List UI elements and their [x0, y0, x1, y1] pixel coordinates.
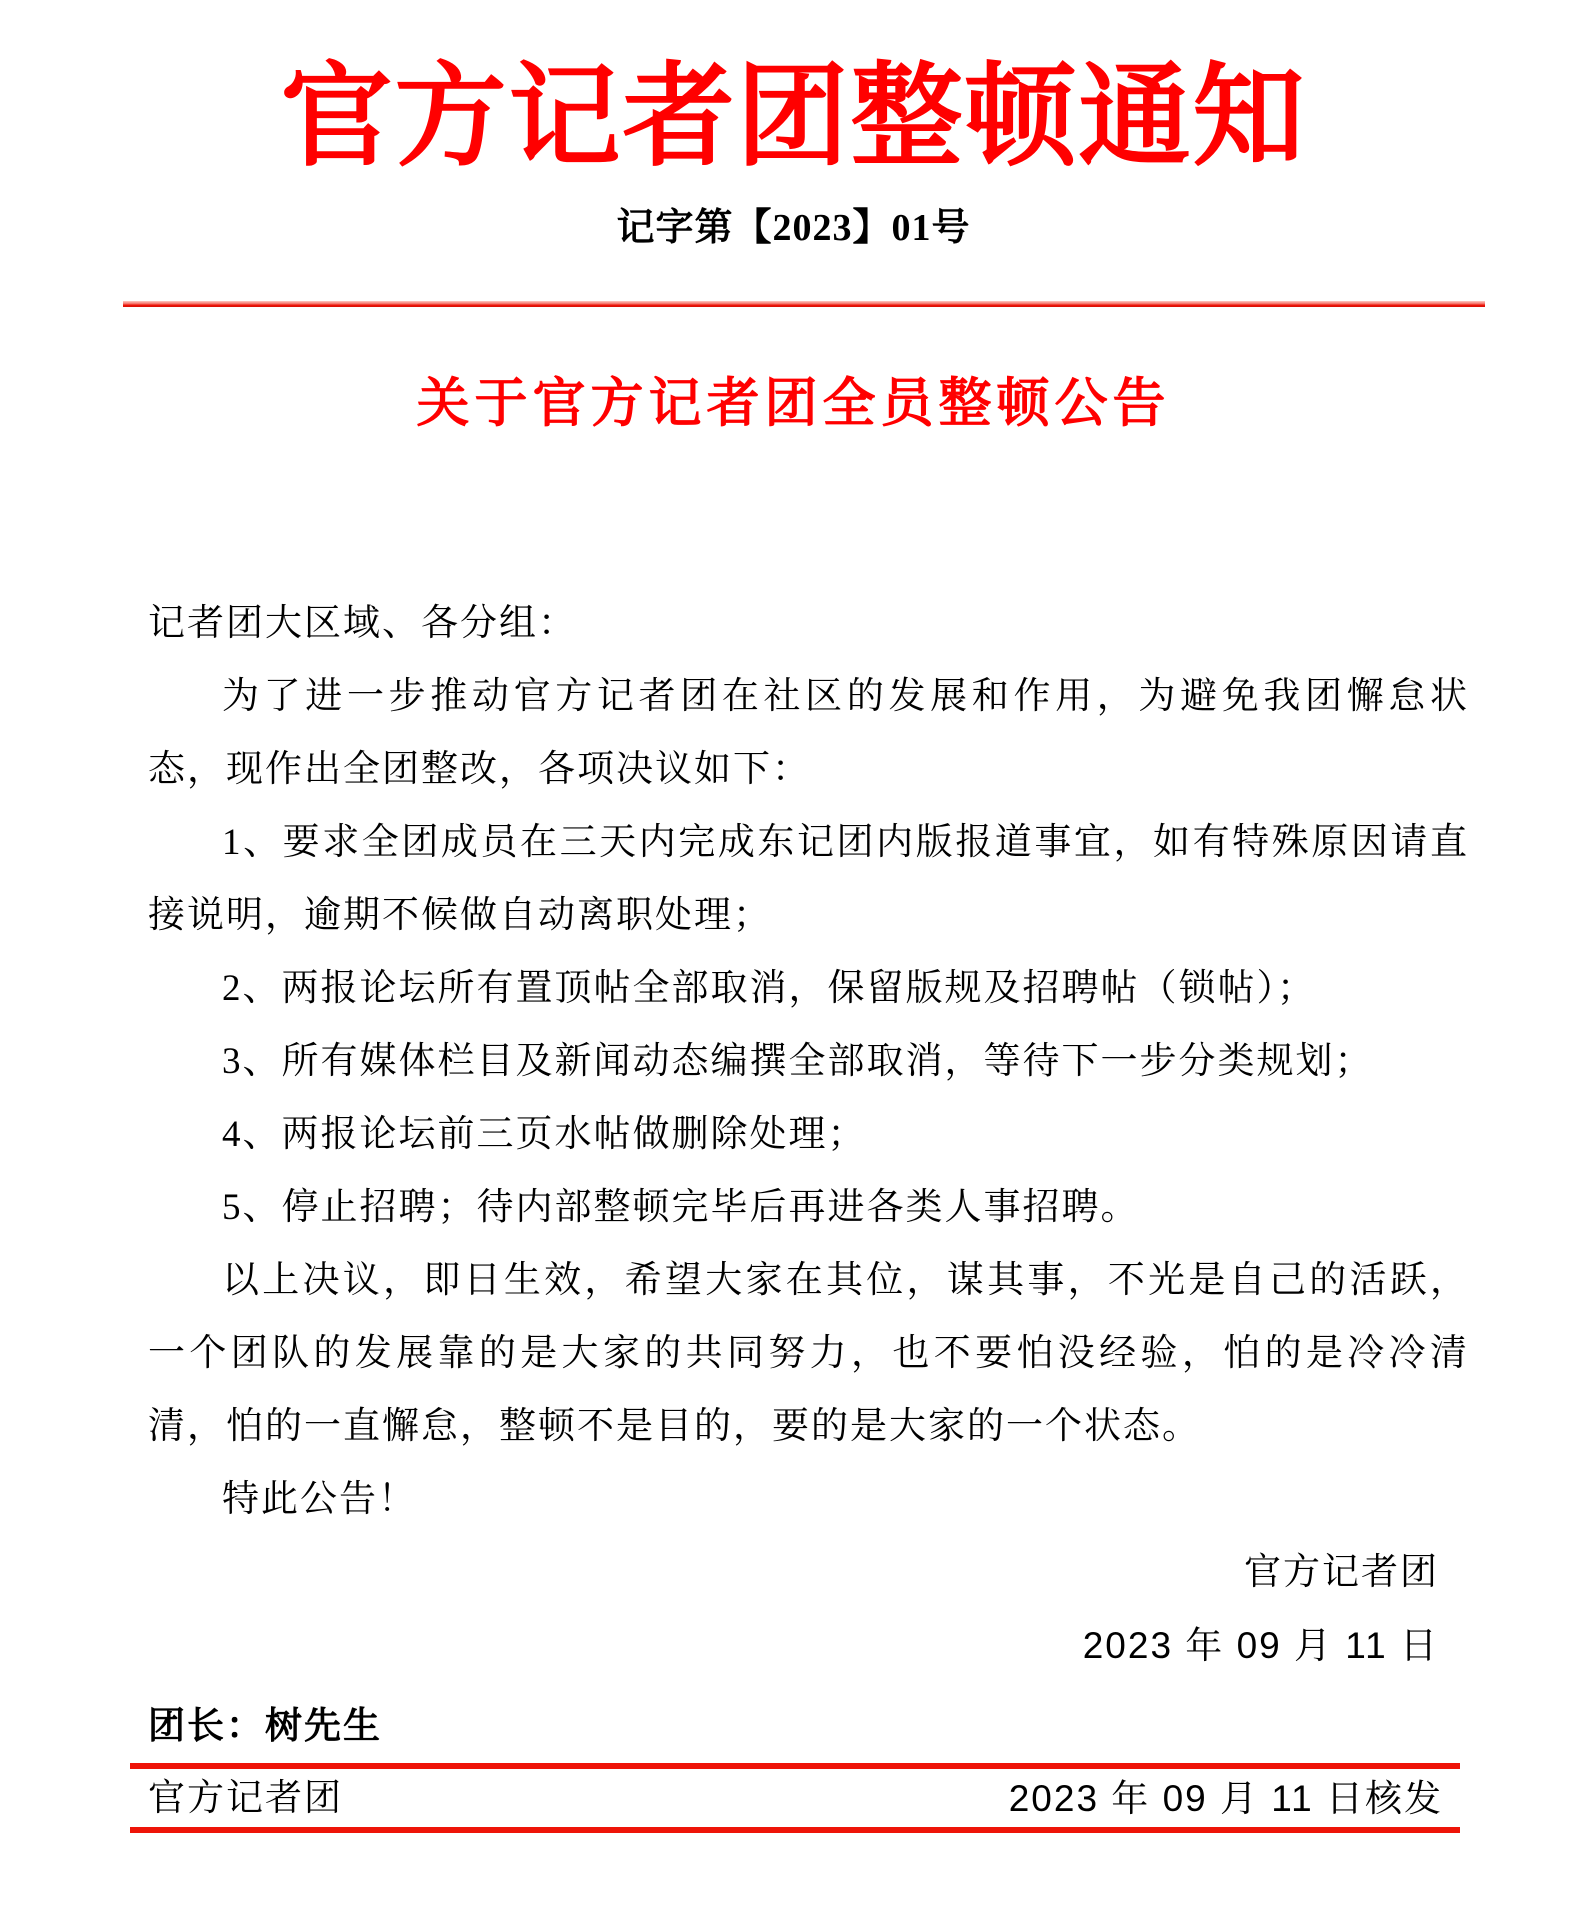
leader-line: 团长：树先生 [148, 1701, 1587, 1753]
body-paragraph: 5、停止招聘；待内部整顿完毕后再进各类人事招聘。 [148, 1171, 1469, 1244]
closing-statement: 特此公告！ [148, 1463, 1469, 1536]
document-number: 记字第【2023】01号 [0, 196, 1587, 251]
signature-date-text: 2023 年 09 月 11 日 [1083, 1625, 1439, 1666]
signature-org: 官方记者团 [148, 1536, 1439, 1609]
notice-document-page: 官方记者团整顿通知 记字第【2023】01号 关于官方记者团全员整顿公告 记者团… [0, 0, 1587, 1924]
document-title: 官方记者团整顿通知 [60, 46, 1527, 192]
body-paragraph: 4、两报论坛前三页水帖做删除处理； [148, 1098, 1469, 1171]
body-paragraph: 为了进一步推动官方记者团在社区的发展和作用，为避免我团懈怠状态，现作出全团整改，… [148, 660, 1469, 806]
body-paragraph: 以上决议，即日生效，希望大家在其位，谋其事，不光是自己的活跃，一个团队的发展靠的… [148, 1244, 1469, 1463]
announcement-subtitle: 关于官方记者团全员整顿公告 [0, 361, 1587, 437]
footer-row: 官方记者团 2023 年 09 月 11 日核发 [148, 1773, 1443, 1825]
body-paragraph: 2、两报论坛所有置顶帖全部取消，保留版规及招聘帖（锁帖）； [148, 952, 1469, 1025]
header-divider-line [123, 301, 1485, 307]
footer-issue-date: 2023 年 09 月 11 日核发 [1009, 1773, 1443, 1825]
footer-org: 官方记者团 [148, 1773, 343, 1825]
body-paragraph: 3、所有媒体栏目及新闻动态编撰全部取消，等待下一步分类规划； [148, 1025, 1469, 1098]
footer-divider-top [130, 1763, 1460, 1769]
signature-date: 2023 年 09 月 11 日 [148, 1609, 1439, 1683]
signature-block: 官方记者团 2023 年 09 月 11 日 [148, 1536, 1469, 1683]
footer-divider-bottom [130, 1827, 1460, 1833]
body-paragraphs: 为了进一步推动官方记者团在社区的发展和作用，为避免我团懈怠状态，现作出全团整改，… [148, 660, 1469, 1463]
salutation-line: 记者团大区域、各分组： [148, 587, 1469, 660]
body-paragraph: 1、要求全团成员在三天内完成东记团内版报道事宜，如有特殊原因请直接说明，逾期不候… [148, 806, 1469, 952]
document-body: 记者团大区域、各分组： 为了进一步推动官方记者团在社区的发展和作用，为避免我团懈… [148, 587, 1469, 1683]
